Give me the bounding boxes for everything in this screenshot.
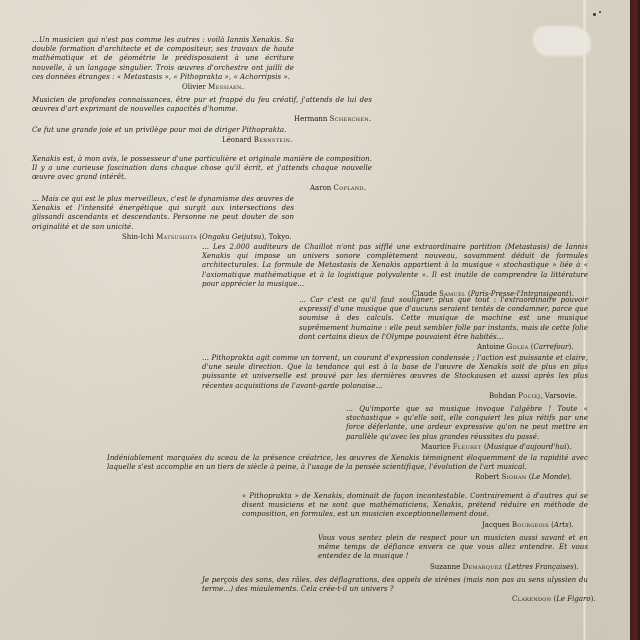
quote-attribution: Clarendon (Le Figaro). <box>202 595 588 604</box>
paper-speck <box>593 13 596 16</box>
author-first-name: Maurice <box>421 443 451 451</box>
quote-block-golea: … Car c'est ce qu'il faut souligner, plu… <box>299 296 588 352</box>
attribution-suffix: , Varsovie. <box>540 392 577 400</box>
attribution-suffix: . <box>364 184 366 192</box>
publication-source: Ongaku Geijutsu <box>202 233 261 241</box>
attribution-suffix: . <box>571 343 573 351</box>
author-last-name: Copland <box>334 184 364 192</box>
quote-block-demarquez: Vous vous sentez plein de respect pour u… <box>318 534 588 572</box>
publication-source: Le Monde <box>532 473 568 481</box>
quote-text: … Les 2.000 auditeurs de Chaillot n'ont … <box>202 243 588 289</box>
quote-attribution: Jacques Bourgeois (Arts). <box>242 521 588 530</box>
author-first-name: Aaron <box>310 184 331 192</box>
quote-block-copland: Xenakis est, à mon avis, le possesseur d… <box>32 155 372 193</box>
quote-block-clarendon: Je perçois des sons, des râles, des défl… <box>202 576 588 605</box>
quote-attribution: Robert Siohan (Le Monde). <box>107 473 588 482</box>
quote-attribution: Hermann Scherchen. <box>32 115 372 124</box>
author-first-name: Hermann <box>294 115 327 123</box>
author-first-name: Antoine <box>477 343 504 351</box>
attribution-suffix: . <box>576 563 578 571</box>
attribution-suffix: . <box>369 115 371 123</box>
author-last-name: Bernstein <box>254 136 290 144</box>
paper-speck <box>599 11 601 13</box>
attribution-suffix: , Tokyo. <box>264 233 291 241</box>
quote-text: …Un musicien qui n'est pas comme les aut… <box>32 36 294 82</box>
author-first-name: Robert <box>475 473 499 481</box>
author-last-name: Fleuret <box>453 443 482 451</box>
author-last-name: Messiaen <box>208 83 242 91</box>
attribution-suffix: . <box>571 521 573 529</box>
attribution-suffix: . <box>569 443 571 451</box>
attribution-suffix: . <box>593 595 595 603</box>
sticker-residue <box>533 26 591 56</box>
quote-text: … Mais ce qui est le plus merveilleux, c… <box>32 195 294 232</box>
record-sleeve-back: …Un musicien qui n'est pas comme les aut… <box>0 0 630 640</box>
quote-text: Je perçois des sons, des râles, des défl… <box>202 576 588 594</box>
quote-block-messiaen: …Un musicien qui n'est pas comme les aut… <box>32 36 294 92</box>
author-first-name: Suzanne <box>430 563 460 571</box>
quote-text: Musicien de profondes connaissances, êtr… <box>32 96 372 114</box>
quote-attribution: Antoine Golea (Carrefour). <box>299 343 588 352</box>
author-last-name: Matsushita <box>156 233 197 241</box>
author-last-name: Scherchen <box>330 115 369 123</box>
quote-text: Indéniablement marquées du sceau de la p… <box>107 454 588 472</box>
attribution-suffix: . <box>570 473 572 481</box>
publication-source: Carrefour <box>533 343 568 351</box>
quote-attribution: Léonard Bernstein. <box>32 136 372 145</box>
publication-source: Lettres Françaises <box>507 563 573 571</box>
author-first-name: Bohdan <box>489 392 516 400</box>
quote-block-samuel: … Les 2.000 auditeurs de Chaillot n'ont … <box>202 243 588 299</box>
quote-text: … Car c'est ce qu'il faut souligner, plu… <box>299 296 588 342</box>
quote-block-fleuret: … Qu'importe que sa musique invoque l'al… <box>346 405 588 452</box>
publication-source: Le Figaro <box>556 595 590 603</box>
author-last-name: Demarquez <box>463 563 503 571</box>
quote-block-siohan: Indéniablement marquées du sceau de la p… <box>107 454 588 483</box>
quote-text: … Qu'importe que sa musique invoque l'al… <box>346 405 588 442</box>
quote-attribution: Aaron Copland. <box>32 184 372 193</box>
quote-text: Xenakis est, à mon avis, le possesseur d… <box>32 155 372 183</box>
author-last-name: Clarendon <box>512 595 551 603</box>
author-first-name: Olivier <box>182 83 206 91</box>
sleeve-edge <box>630 0 640 640</box>
quote-text: Ce fut une grande joie et un privilège p… <box>32 126 372 135</box>
author-first-name: Shin-Ichi <box>122 233 154 241</box>
quote-text: Vous vous sentez plein de respect pour u… <box>318 534 588 562</box>
quote-block-pociej: … Pithoprakta agit comme un torrent, un … <box>202 354 588 401</box>
quote-block-bernstein: Ce fut une grande joie et un privilège p… <box>32 126 372 145</box>
author-last-name: Bourgeois <box>512 521 549 529</box>
author-last-name: Pociej <box>518 392 540 400</box>
publication-source: Arts <box>554 521 569 529</box>
quote-attribution: Olivier Messiaen. <box>32 83 294 92</box>
author-last-name: Siohan <box>502 473 527 481</box>
quote-attribution: Maurice Fleuret (Musique d'aujourd'hui). <box>346 443 588 452</box>
attribution-suffix: . <box>290 136 292 144</box>
author-first-name: Léonard <box>222 136 252 144</box>
quote-block-scherchen: Musicien de profondes connaissances, êtr… <box>32 96 372 125</box>
attribution-suffix: . <box>242 83 244 91</box>
quote-attribution: Bohdan Pociej, Varsovie. <box>202 392 588 401</box>
quote-block-matsushita: … Mais ce qui est le plus merveilleux, c… <box>32 195 294 242</box>
quote-block-bourgeois: « Pithoprakta » de Xenakis, dominait de … <box>242 492 588 530</box>
publication-source: Musique d'aujourd'hui <box>487 443 567 451</box>
quote-text: « Pithoprakta » de Xenakis, dominait de … <box>242 492 588 520</box>
author-first-name: Jacques <box>482 521 510 529</box>
quote-text: … Pithoprakta agit comme un torrent, un … <box>202 354 588 391</box>
quote-attribution: Suzanne Demarquez (Lettres Françaises). <box>318 563 588 572</box>
author-last-name: Golea <box>507 343 529 351</box>
quote-attribution: Shin-Ichi Matsushita (Ongaku Geijutsu), … <box>32 233 294 242</box>
